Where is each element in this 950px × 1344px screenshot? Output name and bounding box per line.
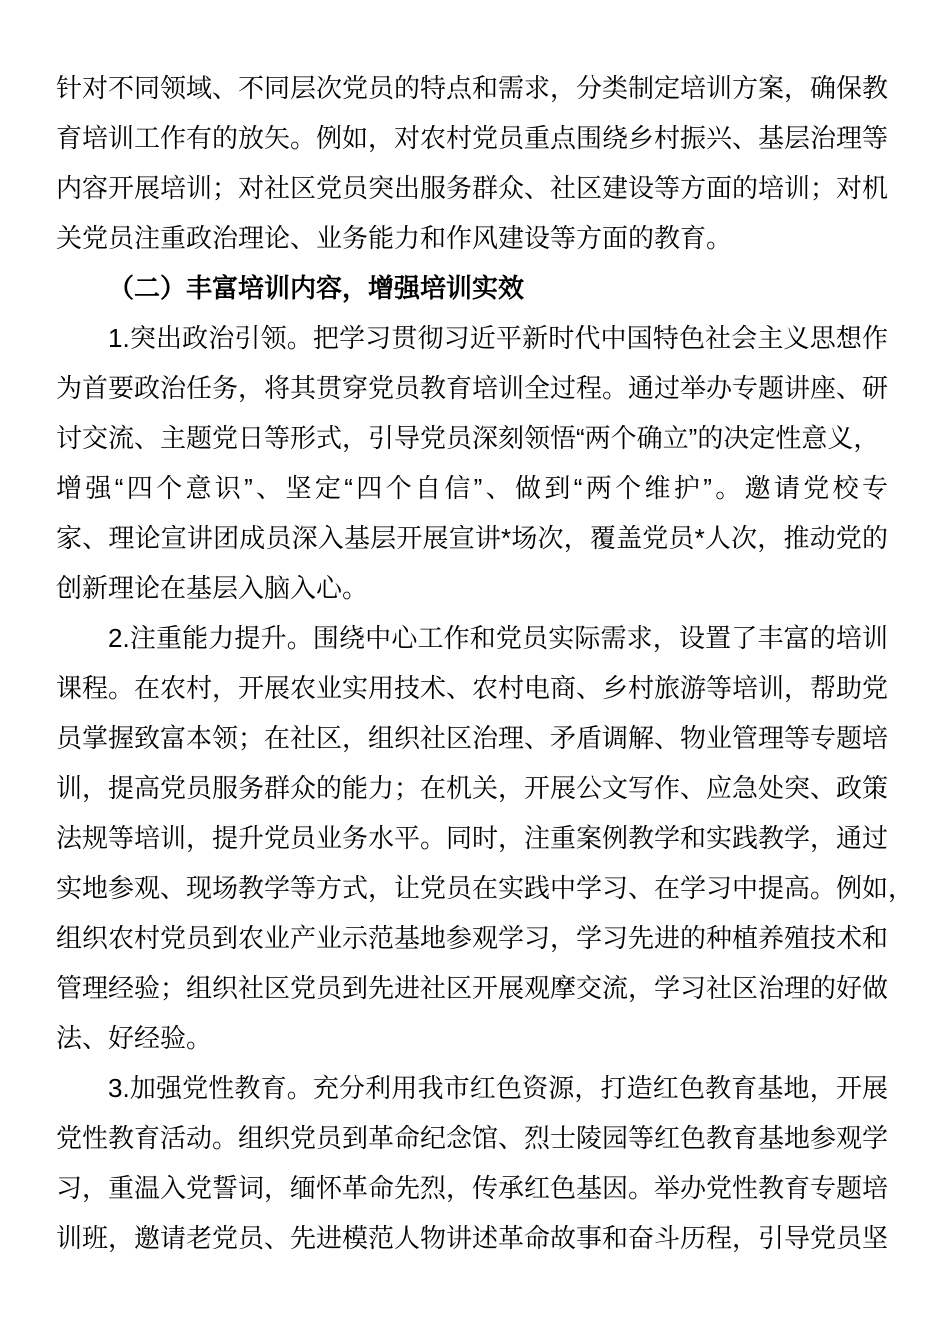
text-line: 3.加强党性教育。充分利用我市红色资源，打造红色教育基地，开展 (56, 1063, 888, 1113)
text-line: 针对不同领域、不同层次党员的特点和需求，分类制定培训方案，确保教 (56, 63, 888, 113)
text-line: 为首要政治任务，将其贯穿党员教育培训全过程。通过举办专题讲座、研 (56, 363, 888, 413)
paragraph-ability-improvement: 2.注重能力提升。围绕中心工作和党员实际需求，设置了丰富的培训 课程。在农村，开… (56, 613, 950, 1063)
document-page: 针对不同领域、不同层次党员的特点和需求，分类制定培训方案，确保教 育培训工作有的… (0, 0, 950, 1344)
text-line: 组织农村党员到农业产业示范基地参观学习，学习先进的种植养殖技术和 (56, 913, 888, 963)
text-line: 讨交流、主题党日等形式，引导党员深刻领悟“两个确立”的决定性意义， (56, 413, 888, 463)
text-line: 育培训工作有的放矢。例如，对农村党员重点围绕乡村振兴、基层治理等 (56, 113, 888, 163)
text-line: 增强“四个意识”、坚定“四个自信”、做到“两个维护”。邀请党校专 (56, 463, 888, 513)
text-line: 训班，邀请老党员、先进模范人物讲述革命故事和奋斗历程，引导党员坚 (56, 1213, 888, 1263)
text-line: 实地参观、现场教学等方式，让党员在实践中学习、在学习中提高。例如， (56, 863, 888, 913)
text-line: 2.注重能力提升。围绕中心工作和党员实际需求，设置了丰富的培训 (56, 613, 888, 663)
paragraph-political-leadership: 1.突出政治引领。把学习贯彻习近平新时代中国特色社会主义思想作 为首要政治任务，… (56, 313, 950, 613)
section-heading: （二）丰富培训内容，增强培训实效 (56, 263, 950, 313)
text-line: 课程。在农村，开展农业实用技术、农村电商、乡村旅游等培训，帮助党 (56, 663, 888, 713)
text-line: 内容开展培训；对社区党员突出服务群众、社区建设等方面的培训；对机 (56, 163, 888, 213)
text-line: 法、好经验。 (56, 1013, 888, 1063)
text-line: 法规等培训，提升党员业务水平。同时，注重案例教学和实践教学，通过 (56, 813, 888, 863)
text-line: 党性教育活动。组织党员到革命纪念馆、烈士陵园等红色教育基地参观学 (56, 1113, 888, 1163)
text-line: 1.突出政治引领。把学习贯彻习近平新时代中国特色社会主义思想作 (56, 313, 888, 363)
section-heading-text: （二）丰富培训内容，增强培训实效 (56, 263, 888, 313)
paragraph-party-spirit-education: 3.加强党性教育。充分利用我市红色资源，打造红色教育基地，开展 党性教育活动。组… (56, 1063, 950, 1263)
text-line: 习，重温入党誓词，缅怀革命先烈，传承红色基因。举办党性教育专题培 (56, 1163, 888, 1213)
text-line: 管理经验；组织社区党员到先进社区开展观摩交流，学习社区治理的好做 (56, 963, 888, 1013)
text-line: 员掌握致富本领；在社区，组织社区治理、矛盾调解、物业管理等专题培 (56, 713, 888, 763)
text-line: 训，提高党员服务群众的能力；在机关，开展公文写作、应急处突、政策 (56, 763, 888, 813)
text-line: 关党员注重政治理论、业务能力和作风建设等方面的教育。 (56, 213, 888, 263)
text-line: 创新理论在基层入脑入心。 (56, 563, 888, 613)
paragraph-continuation: 针对不同领域、不同层次党员的特点和需求，分类制定培训方案，确保教 育培训工作有的… (56, 63, 950, 263)
text-line: 家、理论宣讲团成员深入基层开展宣讲*场次，覆盖党员*人次，推动党的 (56, 513, 888, 563)
